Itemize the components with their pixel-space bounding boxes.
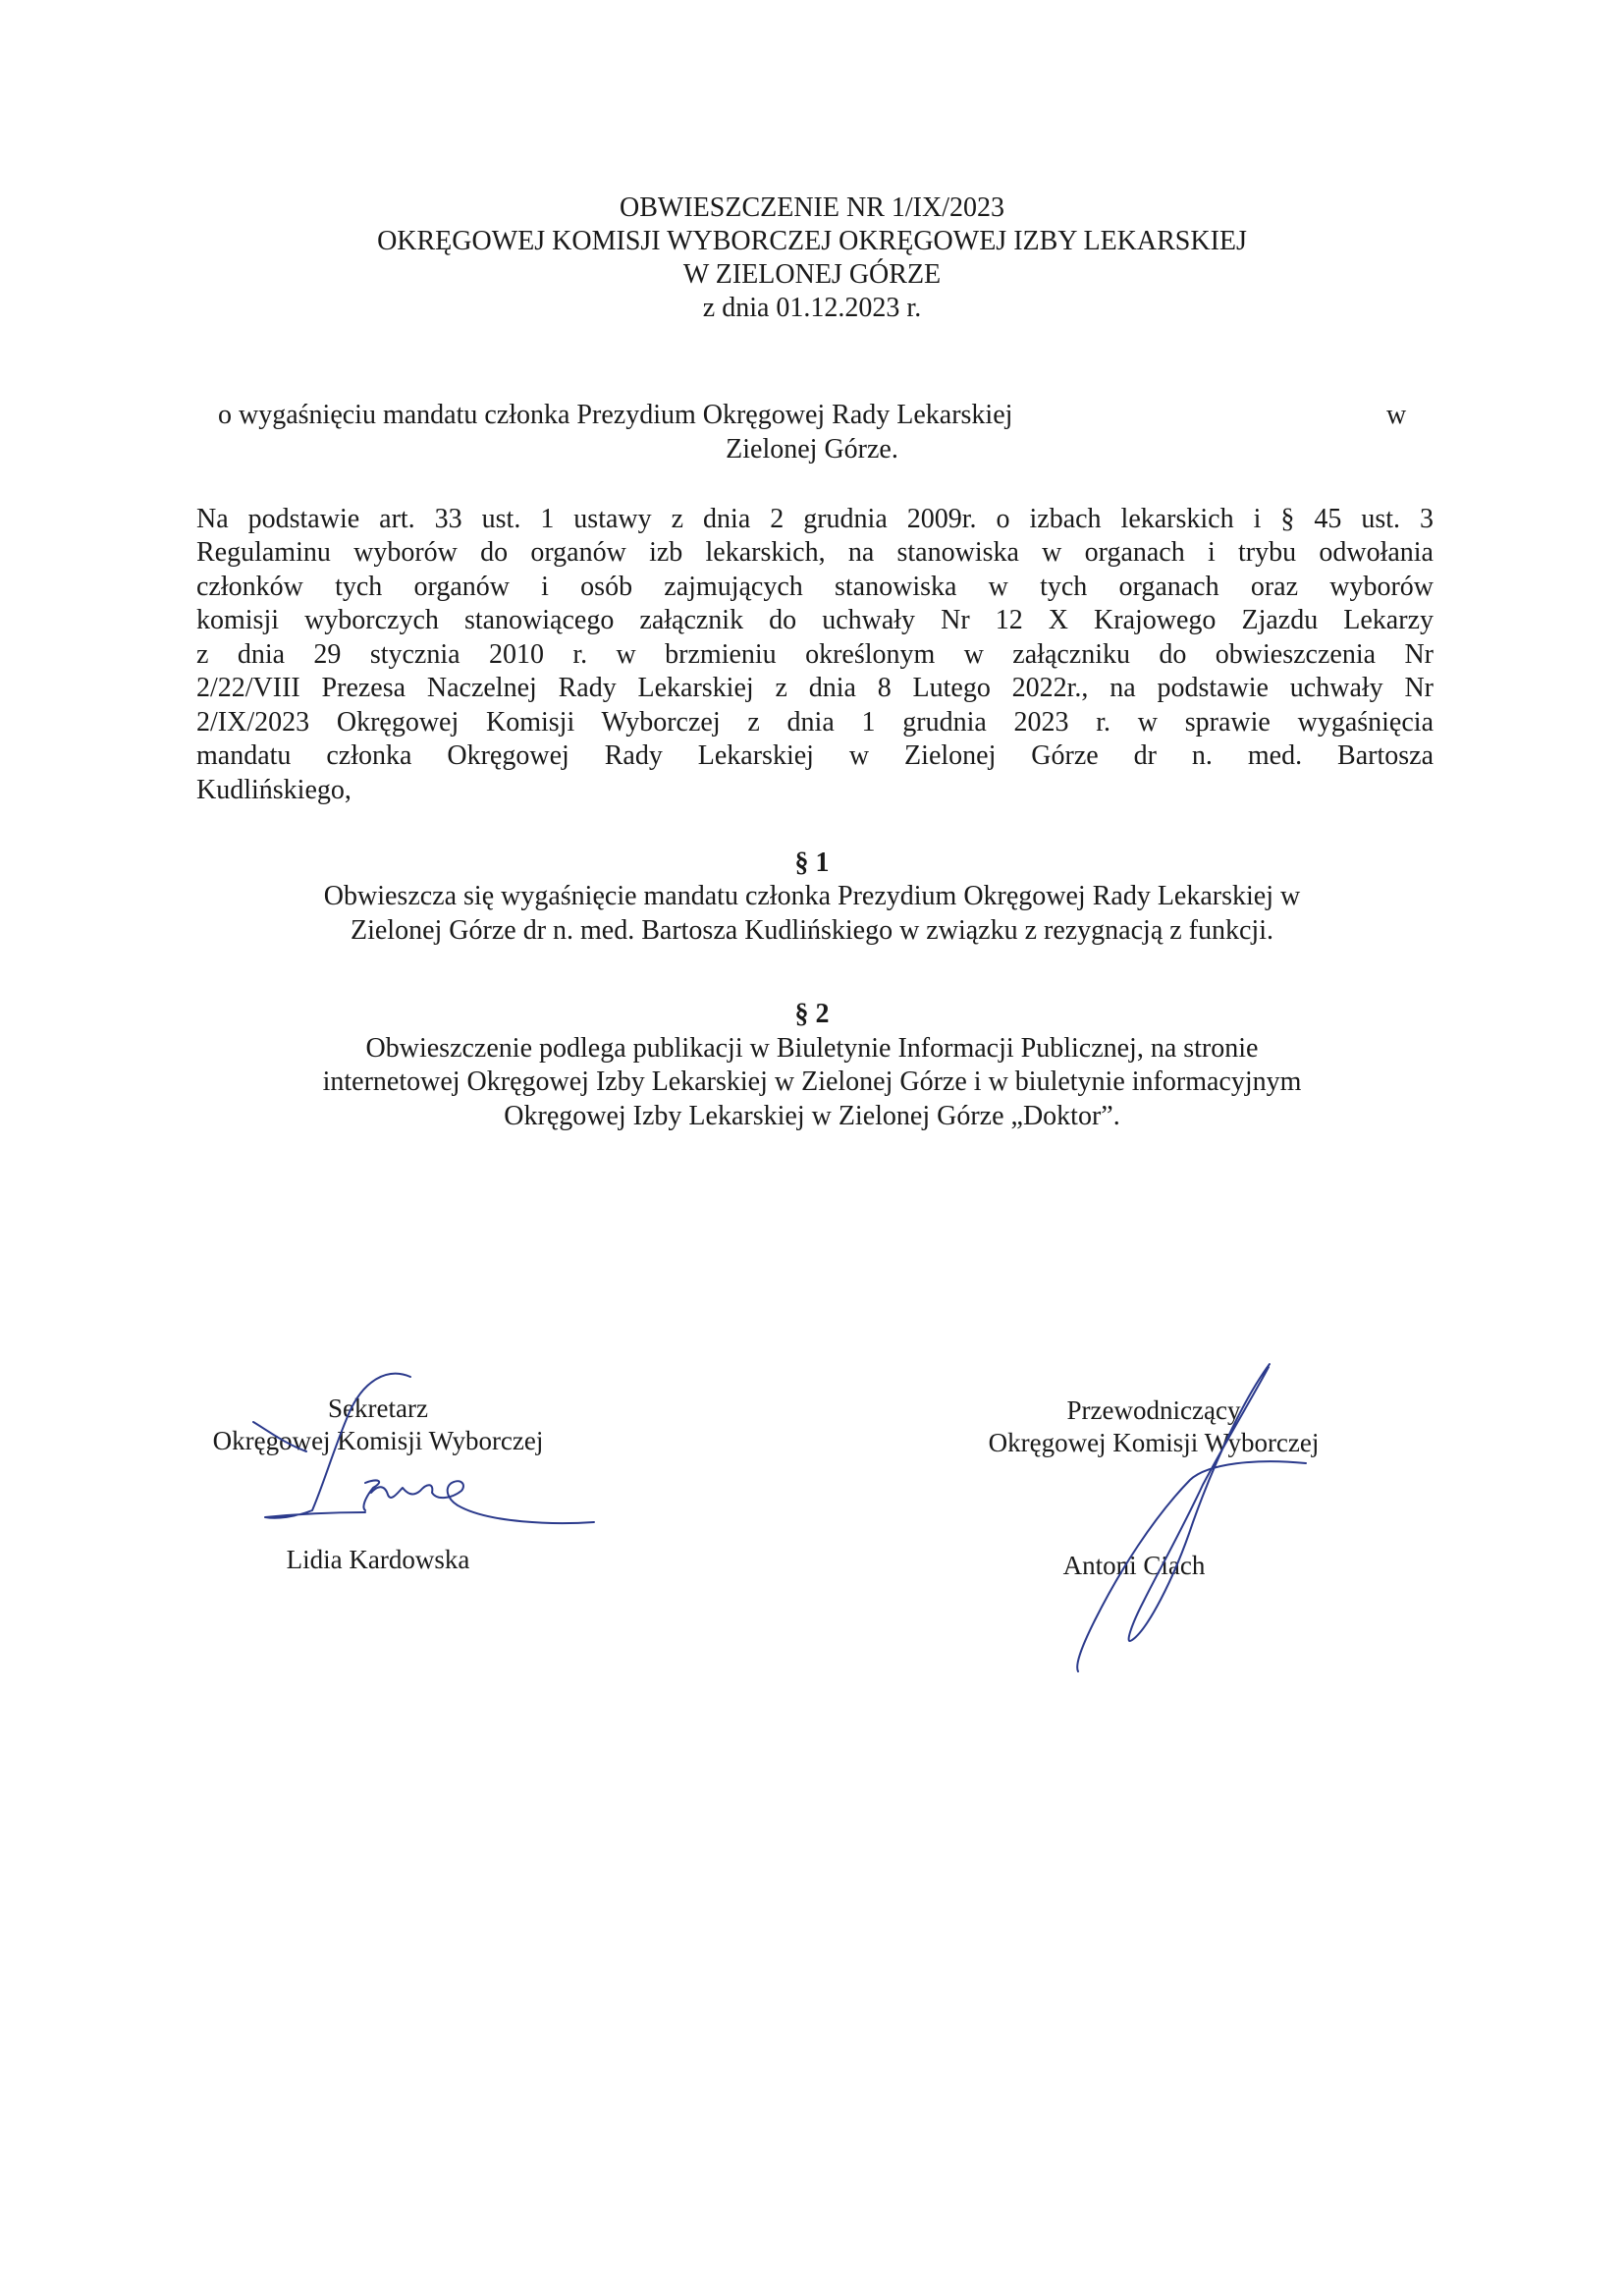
signer-name: Antoni Ciach xyxy=(1016,1550,1252,1582)
section-heading: § 1 xyxy=(0,847,1624,880)
signer-role: Sekretarz xyxy=(187,1393,569,1425)
handwritten-signatures xyxy=(0,0,1624,2296)
preamble-line: mandatu członka Okręgowej Rady Lekarskie… xyxy=(196,739,1434,773)
section-heading: § 2 xyxy=(0,998,1624,1031)
subject-line-1: o wygaśnięciu mandatu członka Prezydium … xyxy=(218,399,1012,432)
signer-role: Przewodniczący xyxy=(957,1394,1350,1427)
commission-location: W ZIELONEJ GÓRZE xyxy=(0,258,1624,292)
preamble-line: Na podstawie art. 33 ust. 1 ustawy z dni… xyxy=(196,503,1434,536)
preamble-line: komisji wyborczych stanowiącego załączni… xyxy=(196,604,1434,637)
notice-date: z dnia 01.12.2023 r. xyxy=(0,292,1624,325)
section-line: Zielonej Górze dr n. med. Bartosza Kudli… xyxy=(0,914,1624,948)
preamble-line: z dnia 29 stycznia 2010 r. w brzmieniu o… xyxy=(196,638,1434,672)
preamble-line: 2/IX/2023 Okręgowej Komisji Wyborczej z … xyxy=(196,706,1434,739)
subject-line-2: Zielonej Górze. xyxy=(0,433,1624,466)
section-line: Obwieszczenie podlega publikacji w Biule… xyxy=(0,1032,1624,1066)
section-line: Obwieszcza się wygaśnięcie mandatu człon… xyxy=(0,880,1624,913)
signer-body: Okręgowej Komisji Wyborczej xyxy=(187,1425,569,1457)
preamble-line: Regulaminu wyborów do organów izb lekars… xyxy=(196,536,1434,570)
preamble-line: 2/22/VIII Prezesa Naczelnej Rady Lekarsk… xyxy=(196,672,1434,705)
section-line: Okręgowej Izby Lekarskiej w Zielonej Gór… xyxy=(0,1100,1624,1133)
preamble-line: Kudlińskiego, xyxy=(196,774,1434,807)
preamble-line: członków tych organów i osób zajmujących… xyxy=(196,571,1434,604)
commission-name: OKRĘGOWEJ KOMISJI WYBORCZEJ OKRĘGOWEJ IZ… xyxy=(0,225,1624,258)
signer-body: Okręgowej Komisji Wyborczej xyxy=(957,1427,1350,1459)
signer-name: Lidia Kardowska xyxy=(187,1544,569,1576)
section-line: internetowej Okręgowej Izby Lekarskiej w… xyxy=(0,1066,1624,1099)
subject-line-1-tail: w xyxy=(1386,399,1406,432)
notice-number: OBWIESZCZENIE NR 1/IX/2023 xyxy=(0,191,1624,225)
